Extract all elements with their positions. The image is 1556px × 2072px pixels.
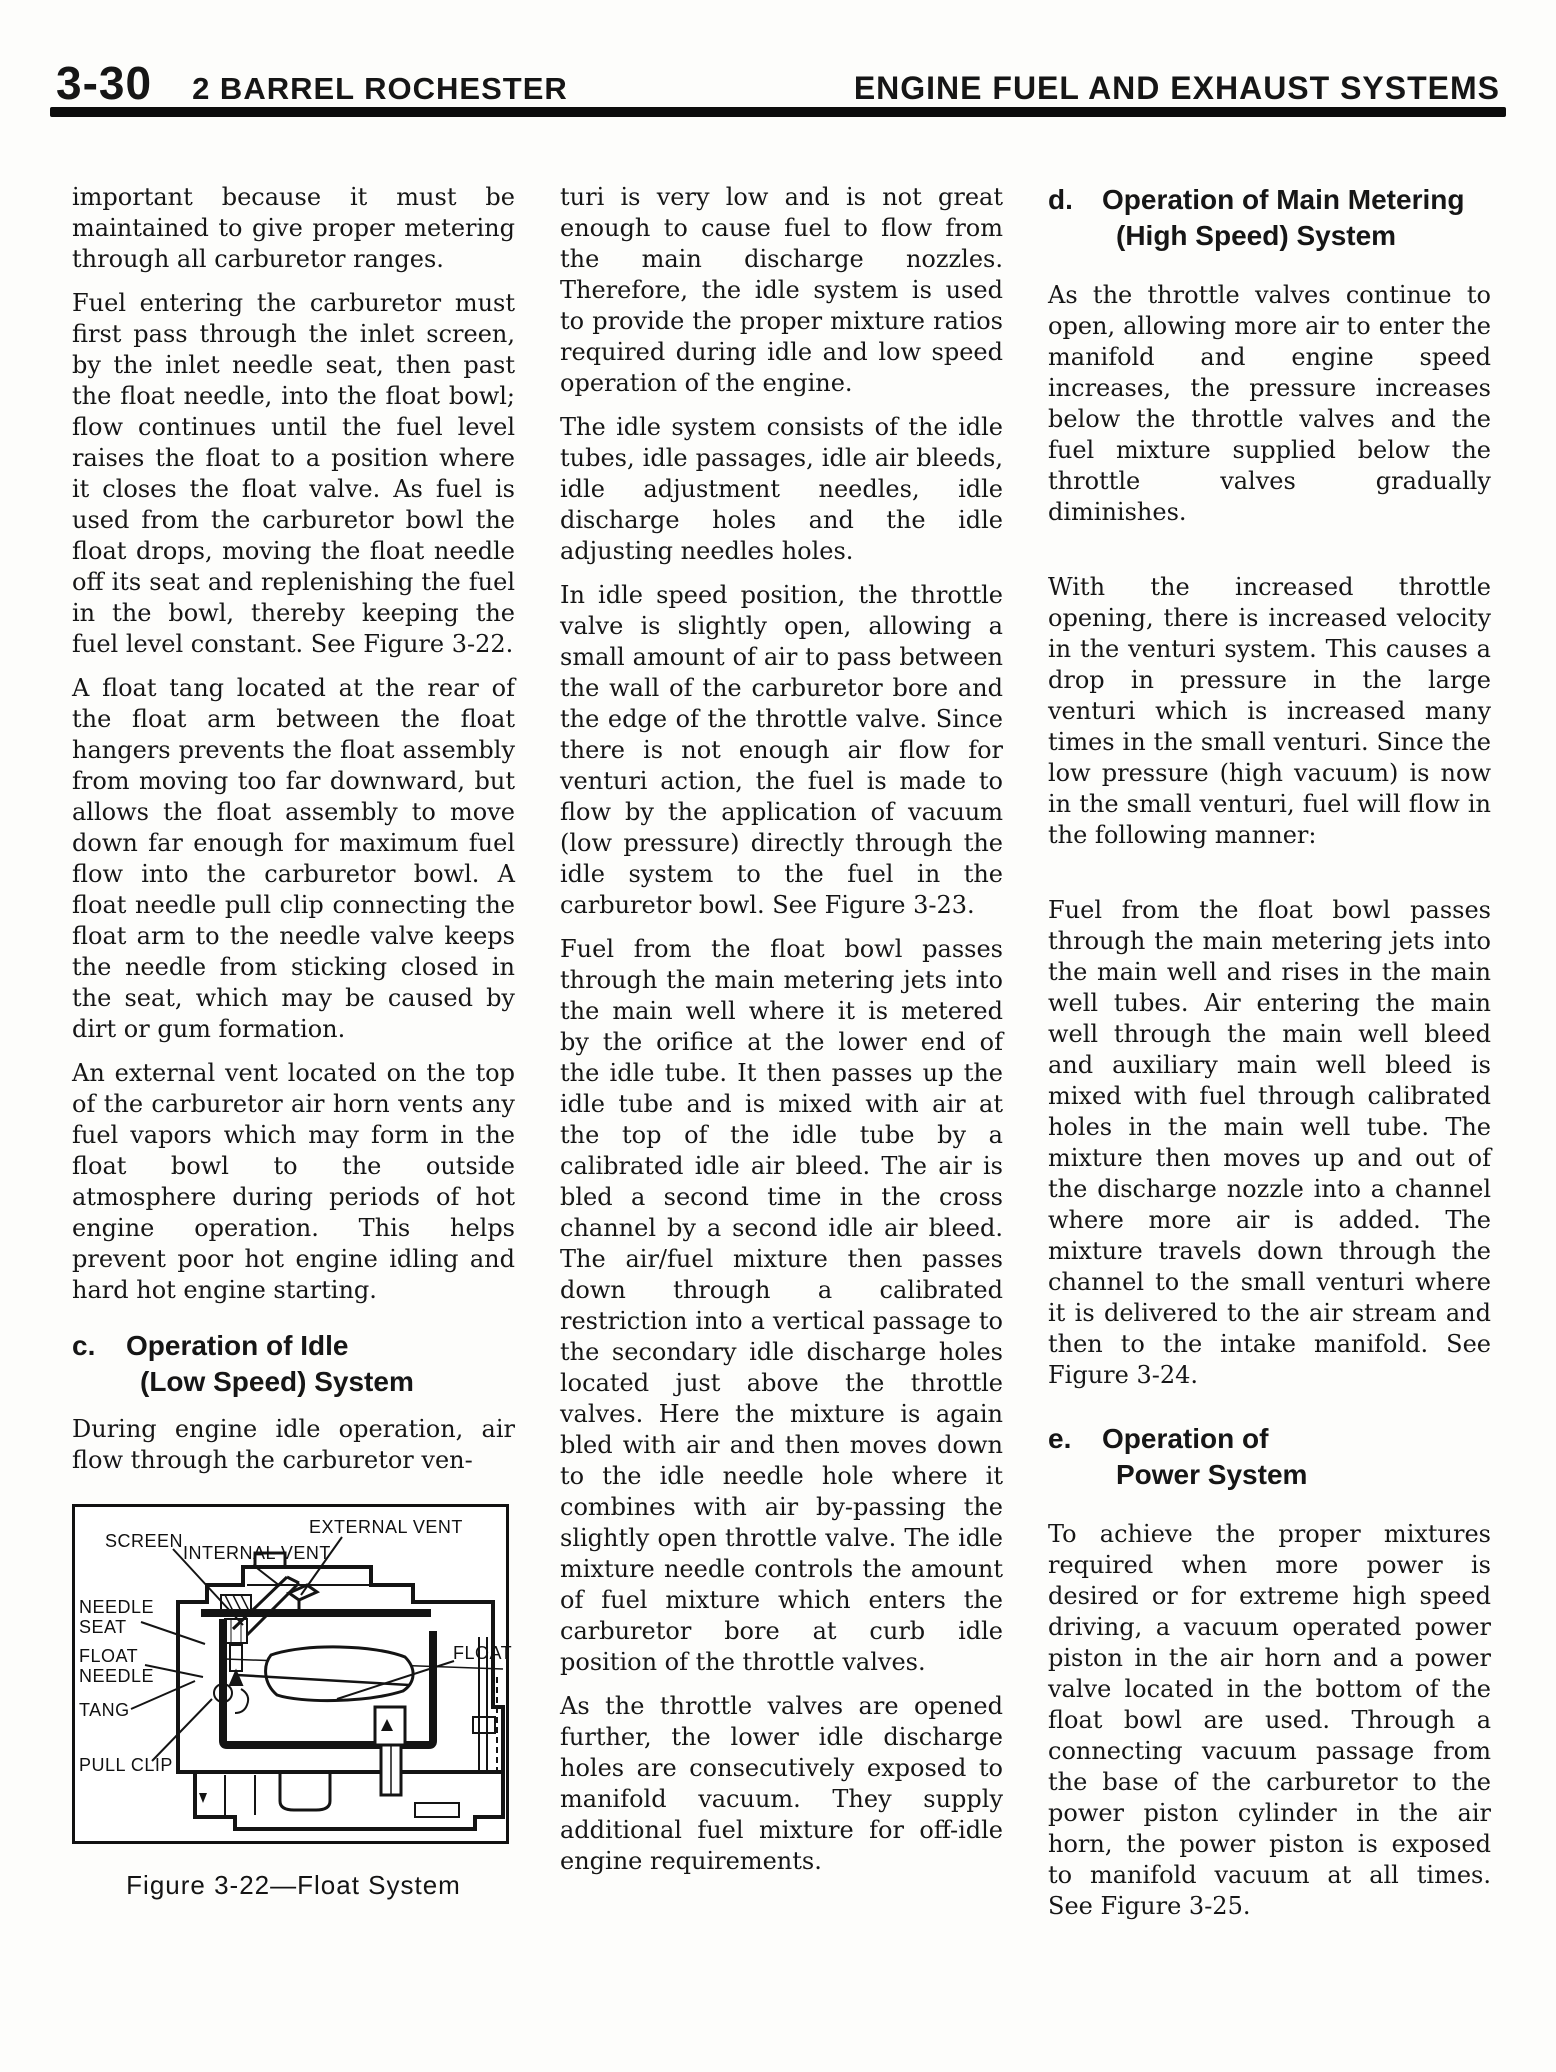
label-internal-vent: INTERNAL VENT	[183, 1543, 331, 1563]
label-screen: SCREEN	[105, 1531, 183, 1551]
manual-page: 3-30 2 BARREL ROCHESTER ENGINE FUEL AND …	[0, 0, 1556, 2072]
label-external-vent: EXTERNAL VENT	[309, 1517, 463, 1537]
paragraph: An external vent located on the top of t…	[72, 1058, 515, 1306]
heading-marker: d.	[1048, 182, 1102, 254]
heading-power-system: e. Operation of Power System	[1048, 1421, 1491, 1493]
paragraph: A float tang located at the rear of the …	[72, 673, 515, 1045]
page-number: 3-30	[56, 56, 152, 110]
column-2: turi is very low and is not great enough…	[560, 182, 1003, 1935]
paragraph: As the throttle valves continue to open,…	[1048, 280, 1491, 528]
heading-text: Operation of Idle (Low Speed) System	[126, 1328, 414, 1400]
text-columns: important because it must be maintained …	[72, 182, 1485, 1935]
figure-caption: Figure 3-22—Float System	[72, 1870, 515, 1901]
column-1: important because it must be maintained …	[72, 182, 515, 1935]
heading-idle-system: c. Operation of Idle (Low Speed) System	[72, 1328, 515, 1400]
float-shape	[237, 1647, 413, 1701]
paragraph: To achieve the proper mixtures required …	[1048, 1519, 1491, 1922]
heading-text: Operation of Main Metering (High Speed) …	[1102, 182, 1464, 254]
header-section-title: 2 BARREL ROCHESTER	[192, 71, 568, 107]
paragraph: Fuel from the float bowl passes through …	[560, 934, 1003, 1678]
label-float-needle: FLOAT NEEDLE	[79, 1646, 153, 1686]
paragraph: Fuel entering the carburetor must first …	[72, 288, 515, 660]
paragraph: turi is very low and is not great enough…	[560, 182, 1003, 399]
paragraph: As the throttle valves are opened furthe…	[560, 1691, 1003, 1877]
paragraph: In idle speed position, the throttle val…	[560, 580, 1003, 921]
label-needle-seat: NEEDLE SEAT	[79, 1597, 153, 1637]
paragraph: Fuel from the float bowl passes through …	[1048, 895, 1491, 1391]
page-header: 3-30 2 BARREL ROCHESTER ENGINE FUEL AND …	[56, 56, 1500, 110]
paragraph: During engine idle operation, air flow t…	[72, 1414, 515, 1476]
label-tang: TANG	[79, 1700, 130, 1720]
heading-marker: c.	[72, 1328, 126, 1400]
paragraph: With the increased throttle opening, the…	[1048, 572, 1491, 851]
label-float: FLOAT	[453, 1643, 512, 1663]
label-pull-clip: PULL CLIP	[79, 1755, 173, 1775]
header-chapter-title: ENGINE FUEL AND EXHAUST SYSTEMS	[854, 70, 1500, 107]
figure-3-22: SCREEN INTERNAL VENT EXTERNAL VENT NEEDL…	[72, 1504, 509, 1844]
paragraph: important because it must be maintained …	[72, 182, 515, 275]
paragraph: The idle system consists of the idle tub…	[560, 412, 1003, 567]
heading-marker: e.	[1048, 1421, 1102, 1493]
heading-main-metering-system: d. Operation of Main Metering (High Spee…	[1048, 182, 1491, 254]
header-divider	[50, 107, 1506, 117]
heading-text: Operation of Power System	[1102, 1421, 1307, 1493]
column-3: d. Operation of Main Metering (High Spee…	[1048, 182, 1491, 1935]
